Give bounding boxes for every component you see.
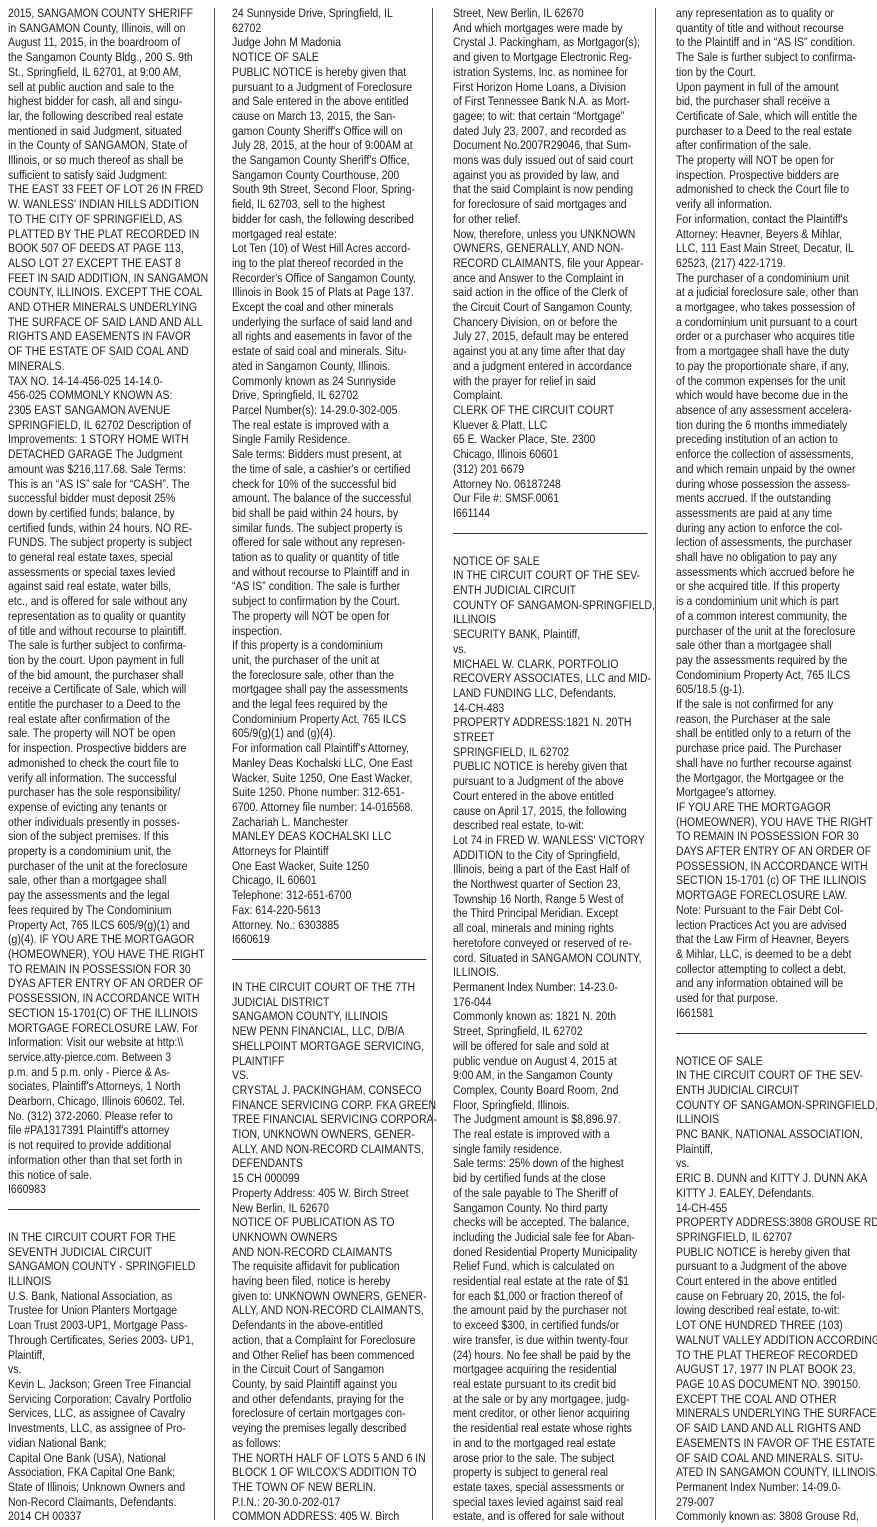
notice-text-line: ILLINOIS bbox=[453, 612, 651, 627]
notice-text-line: during whose possession the assess- bbox=[676, 477, 871, 492]
notice-text-line: (HOMEOWNER), YOU HAVE THE RIGHT bbox=[676, 815, 871, 830]
notice-text-line: against you as provided by law, and bbox=[453, 168, 651, 183]
notice-text-line: to general real estate taxes, special bbox=[8, 550, 204, 565]
notice-text-line: doned Residential Property Municipality bbox=[453, 1245, 651, 1260]
notice-text-line: mortgagee acquiring the residential bbox=[453, 1362, 651, 1377]
notice-text-line: sale other than a mortgagee shall bbox=[676, 638, 871, 653]
notice-text-line: including the Judicial sale fee for Aban… bbox=[453, 1230, 651, 1245]
notice-text-line: MANLEY DEAS KOCHALSKI LLC bbox=[232, 829, 430, 844]
notice-text-line: KITTY J. EALEY, Defendants. bbox=[676, 1186, 871, 1201]
notice-text-line: collector attempting to collect a debt, bbox=[676, 962, 871, 977]
notice-text-line: istration Systems, Inc. as nominee for bbox=[453, 65, 651, 80]
notice-text-line: Commonly known as 24 Sunnyside bbox=[232, 374, 430, 389]
notice-text-line: the residential real estate whose rights bbox=[453, 1421, 651, 1436]
notice-text-line: pursuant to a Judgment of Foreclosure bbox=[232, 80, 430, 95]
notice-text-line: and the legal fees required by the bbox=[232, 697, 430, 712]
notice-text-line: 279-007 bbox=[676, 1495, 871, 1510]
notice-text-line: and a judgment entered in accordance bbox=[453, 359, 651, 374]
notice-text-line: Sale terms: Bidders must present, at bbox=[232, 447, 430, 462]
notice-text-line: Note: Pursuant to the Fair Debt Col- bbox=[676, 903, 871, 918]
notice-text-line: vidian National Bank; bbox=[8, 1436, 204, 1451]
notice-text-line: CLERK OF THE CIRCUIT COURT bbox=[453, 403, 651, 418]
notice-text-line: ENTH JUDICIAL CIRCUIT bbox=[676, 1083, 871, 1098]
notice-text-line: action, that a Complaint for Foreclosure bbox=[232, 1333, 430, 1348]
notice-text-line: the foreclosure sale, other than the bbox=[232, 668, 430, 683]
notice-text-line: ILLINOIS. bbox=[453, 965, 651, 980]
notice-text-line: admonished to check the court file to bbox=[8, 756, 204, 771]
notice-text-line: pursuant to a Judgment of the above bbox=[453, 774, 651, 789]
notice-text-line: For information call Plaintiff's Attorne… bbox=[232, 741, 430, 756]
notice-text-line: sell at public auction and sale to the bbox=[8, 80, 204, 95]
notice-text-line: down by certified funds; balance, by bbox=[8, 506, 204, 521]
notice-text-line: lowing described real estate, to-wit: bbox=[676, 1303, 871, 1318]
notice-text-line: that the Law Firm of Heavner, Beyers bbox=[676, 932, 871, 947]
notice-text-line: NOTICE OF SALE bbox=[232, 50, 430, 65]
notice-text-line: COUNTY OF SANGAMON-SPRINGFIELD, bbox=[453, 598, 651, 613]
notice-text-line: of the sale payable to The Sheriff of bbox=[453, 1186, 651, 1201]
notice-text-line: 2015, SANGAMON COUNTY SHERIFF bbox=[8, 6, 204, 21]
notice-text-line: the Circuit Court of Sangamon County, bbox=[453, 300, 651, 315]
notice-text-line: And which mortgages were made by bbox=[453, 21, 651, 36]
notice-text-line: IN THE CIRCUIT COURT FOR THE bbox=[8, 1230, 204, 1245]
notice-text-line: the Northwest quarter of Section 23, bbox=[453, 877, 651, 892]
notice-text-line: RECOVERY ASSOCIATES, LLC and MID- bbox=[453, 671, 651, 686]
notice-text-line: South 9th Street, Second Floor, Spring- bbox=[232, 182, 430, 197]
notice-text-line: the Sangamon County Sheriff's Office, bbox=[232, 153, 430, 168]
notice-text-line: estate, and is offered for sale without bbox=[453, 1509, 651, 1524]
notice-text-line: Suite 1250. Phone number: 312-651- bbox=[232, 785, 430, 800]
notice-text-line: sociates, Plaintiff's Attorneys, 1 North bbox=[8, 1079, 204, 1094]
notice-text-line: estate of said coal and minerals. Situ- bbox=[232, 344, 430, 359]
notice-text-line: a mortgagee, who takes possession of bbox=[676, 300, 871, 315]
notice-text-line: MINERALS. bbox=[8, 359, 204, 374]
notice-text-line: 65 E. Wacker Place, Ste. 2300 bbox=[453, 432, 651, 447]
notice-text-line: Condominium Property Act, 765 ILCS bbox=[676, 668, 871, 683]
notice-text-line: PAGE 10 AS DOCUMENT NO. 390150. bbox=[676, 1377, 871, 1392]
notice-text-line: P.I.N.: 20-30.0-202-017 bbox=[232, 1495, 430, 1510]
notice-text-line: real estate pursuant to its credit bid bbox=[453, 1377, 651, 1392]
notice-text-line: Judge John M Madonia bbox=[232, 35, 430, 50]
notice-text-line: Permanent Index Number: 14-09.0- bbox=[676, 1480, 871, 1495]
notice-text-line: mortgagee shall pay the assessments bbox=[232, 682, 430, 697]
notice-text-line: subject to confirmation by the Court. bbox=[232, 594, 430, 609]
notice-text-line: WALNUT VALLEY ADDITION ACCORDING bbox=[676, 1333, 871, 1348]
notice-text-line: is not required to provide additional bbox=[8, 1138, 204, 1153]
notice-text-line: Investments, LLC, as assignee of Pro- bbox=[8, 1421, 204, 1436]
legal-notice-block: NOTICE OF SALEIN THE CIRCUIT COURT OF TH… bbox=[453, 554, 651, 1524]
notice-text-line: DYAS AFTER ENTRY OF AN ORDER OF bbox=[8, 976, 204, 991]
notice-text-line: and Other Relief has been commenced bbox=[232, 1348, 430, 1363]
notice-text-line: Attorney: Heavner, Beyers & Mihlar, bbox=[676, 227, 871, 242]
notice-text-line: and Sale entered in the above entitled bbox=[232, 94, 430, 109]
notice-text-line: check for 10% of the successful bid bbox=[232, 477, 430, 492]
notice-text-line: similar funds. The subject property is bbox=[232, 521, 430, 536]
notice-text-line: NOTICE OF SALE bbox=[676, 1054, 871, 1069]
notice-text-line: 176-044 bbox=[453, 995, 651, 1010]
notice-text-line: checks will be accepted. The balance, bbox=[453, 1215, 651, 1230]
notice-text-line: for inspection. Prospective bidders are bbox=[8, 741, 204, 756]
notice-text-line: veying the premises legally described bbox=[232, 1421, 430, 1436]
notice-text-line: Recorder's Office of Sangamon County, bbox=[232, 271, 430, 286]
notice-text-line: representation as to quality or quantity bbox=[8, 609, 204, 624]
notice-text-line: (312) 201 6679 bbox=[453, 462, 651, 477]
notice-text-line: 62523, (217) 422-1719. bbox=[676, 256, 871, 271]
notice-text-line: SEVENTH JUDICIAL CIRCUIT bbox=[8, 1245, 204, 1260]
notice-text-line: mentioned in said Judgment, situated bbox=[8, 124, 204, 139]
notice-text-line: ALLY, AND NON-RECORD CLAIMANTS, bbox=[232, 1303, 430, 1318]
notice-text-line: Parcel Number(s): 14-29.0-302-005 bbox=[232, 403, 430, 418]
column-3: Street, New Berlin, IL 62670And which mo… bbox=[453, 6, 651, 1527]
notice-text-line: tation as to quality or quantity of titl… bbox=[232, 550, 430, 565]
notice-text-line: Lot Ten (10) of West Hill Acres accord- bbox=[232, 241, 430, 256]
notice-text-line: lection of assessments, the purchaser bbox=[676, 535, 871, 550]
notice-text-line: entitle the purchaser to a Deed to the bbox=[8, 697, 204, 712]
notice-text-line: vs. bbox=[8, 1362, 204, 1377]
notice-text-line: Complex, County Board Room, 2nd bbox=[453, 1083, 651, 1098]
notice-text-line: and any information obtained will be bbox=[676, 976, 871, 991]
notice-text-line: tion by the court. Upon payment in full bbox=[8, 653, 204, 668]
notice-text-line: the time of sale, a cashier's or certifi… bbox=[232, 462, 430, 477]
notice-text-line: Plaintiff, bbox=[676, 1142, 871, 1157]
notice-text-line: in the County of SANGAMON, State of bbox=[8, 138, 204, 153]
notice-text-line: COUNTY OF SANGAMON-SPRINGFIELD, bbox=[676, 1098, 871, 1113]
notice-text-line: to the Plaintiff and in “AS IS” conditio… bbox=[676, 35, 871, 50]
notice-text-line: THE SURFACE OF SAID LAND AND ALL bbox=[8, 315, 204, 330]
notice-text-line: PLATTED BY THE PLAT RECORDED IN bbox=[8, 227, 204, 242]
notice-text-line: One East Wacker, Suite 1250 bbox=[232, 859, 430, 874]
notice-text-line: Illinois, or so much thereof as shall be bbox=[8, 153, 204, 168]
notice-text-line: Non-Record Claimants, Defendants. bbox=[8, 1495, 204, 1510]
notice-text-line: amount. The balance of the successful bbox=[232, 491, 430, 506]
notice-text-line: p.m. and 5 p.m. only - Pierce & As- bbox=[8, 1065, 204, 1080]
notice-text-line: TO REMAIN IN POSSESSION FOR 30 bbox=[676, 829, 871, 844]
notice-text-line: Relief Fund, which is calculated on bbox=[453, 1259, 651, 1274]
notice-text-line: sufficient to satisfy said Judgment: bbox=[8, 168, 204, 183]
notice-text-line: ENTH JUDICIAL CIRCUIT bbox=[453, 583, 651, 598]
notice-text-line: Complaint. bbox=[453, 388, 651, 403]
notice-text-line: RECORD CLAIMANTS, file your Appear- bbox=[453, 256, 651, 271]
notice-text-line: expense of evicting any tenants or bbox=[8, 800, 204, 815]
notice-text-line: public vendue on August 4, 2015 at bbox=[453, 1054, 651, 1069]
notice-text-line: bid, the purchaser shall receive a bbox=[676, 94, 871, 109]
notice-text-line: PNC BANK, NATIONAL ASSOCIATION, bbox=[676, 1127, 871, 1142]
notice-text-line: tion by the Court. bbox=[676, 65, 871, 80]
notice-text-line: Floor, Springfield, Illinois. bbox=[453, 1098, 651, 1113]
notice-text-line: pursuant to a Judgment of the above bbox=[676, 1259, 871, 1274]
notice-text-line: The requisite affidavit for publication bbox=[232, 1259, 430, 1274]
notice-text-line: (g)(4). IF YOU ARE THE MORTGAGOR bbox=[8, 932, 204, 947]
notice-text-line: after confirmation of the sale. bbox=[676, 138, 871, 153]
notice-text-line: against you at any time after that day bbox=[453, 344, 651, 359]
notice-text-line: EXCEPT THE COAL AND OTHER bbox=[676, 1392, 871, 1407]
notice-text-line: NEW PENN FINANCIAL, LLC, D/B/A bbox=[232, 1024, 430, 1039]
notice-text-line: other individuals presently in posses- bbox=[8, 815, 204, 830]
notice-text-line: FINANCE SERVICING CORP. FKA GREEN bbox=[232, 1098, 430, 1113]
notice-text-line: Dearborn, Chicago, Illinois 60602. Tel. bbox=[8, 1094, 204, 1109]
notice-text-line: as follows: bbox=[232, 1436, 430, 1451]
notice-text-line: SPRINGFIELD, IL 62702 bbox=[453, 745, 651, 760]
notice-text-line: purchaser of the unit at the foreclosure bbox=[8, 859, 204, 874]
notice-text-line: State of Illinois; Unknown Owners and bbox=[8, 1480, 204, 1495]
notice-text-line: I661144 bbox=[453, 506, 651, 521]
notice-text-line: underlying the surface of said land and bbox=[232, 315, 430, 330]
notice-text-line: fees required by The Condominium bbox=[8, 903, 204, 918]
notice-text-line: Certificate of Sale, which will entitle … bbox=[676, 109, 871, 124]
notice-text-line: residential real estate at the rate of $… bbox=[453, 1274, 651, 1289]
notice-text-line: PROPERTY ADDRESS:1821 N. 20TH bbox=[453, 715, 651, 730]
notice-text-line: DETACHED GARAGE The Judgment bbox=[8, 447, 204, 462]
legal-notice-block: Street, New Berlin, IL 62670And which mo… bbox=[453, 6, 651, 521]
notice-text-line: in SANGAMON County, Illinois, will on bbox=[8, 21, 204, 36]
notice-text-line: The property will NOT be open for bbox=[232, 609, 430, 624]
notice-text-line: Plaintiff, bbox=[8, 1348, 204, 1363]
notice-text-line: August 11, 2015, in the boardroom of bbox=[8, 35, 204, 50]
notice-text-line: used for that purpose. bbox=[676, 991, 871, 1006]
legal-notice-block: IN THE CIRCUIT COURT FOR THESEVENTH JUDI… bbox=[8, 1230, 204, 1524]
notice-text-line: and which remain unpaid by the owner bbox=[676, 462, 871, 477]
notice-text-line: Trustee for Union Planters Mortgage bbox=[8, 1303, 204, 1318]
notice-text-line: of a common interest community, the bbox=[676, 609, 871, 624]
notice-text-line: Lot 74 in FRED W. WANLESS' VICTORY bbox=[453, 833, 651, 848]
notice-text-line: THE NORTH HALF OF LOTS 5 AND 6 IN bbox=[232, 1451, 430, 1466]
notice-text-line: preceding institution of an action to bbox=[676, 432, 871, 447]
notice-text-line: any representation as to quality or bbox=[676, 6, 871, 21]
notice-text-line: absence of any assessment accelera- bbox=[676, 403, 871, 418]
notice-text-line: No. (312) 372-2060. Please refer to bbox=[8, 1109, 204, 1124]
notice-text-line: arose prior to the sale. The subject bbox=[453, 1451, 651, 1466]
notice-text-line: for foreclosure of said mortgages and bbox=[453, 197, 651, 212]
notice-text-line: SECTION 15-1701(C) OF THE ILLINOIS bbox=[8, 1006, 204, 1021]
notice-text-line: IF YOU ARE THE MORTGAGOR bbox=[676, 800, 871, 815]
legal-notices-page: 2015, SANGAMON COUNTY SHERIFFin SANGAMON… bbox=[0, 0, 877, 1527]
notice-text-line: pay the assessments and the legal bbox=[8, 888, 204, 903]
notice-text-line: 2014 CH 00337 bbox=[8, 1509, 204, 1524]
notice-text-line: ance and Answer to the Complaint in bbox=[453, 271, 651, 286]
notice-text-line: the Mortgagor, the Mortgagee or the bbox=[676, 771, 871, 786]
notice-text-line: Improvements: 1 STORY HOME WITH bbox=[8, 432, 204, 447]
notice-text-line: Kluever & Platt, LLC bbox=[453, 418, 651, 433]
notice-separator bbox=[676, 1033, 867, 1034]
notice-text-line: purchase price paid. The Purchaser bbox=[676, 741, 871, 756]
notice-text-line: admonished to check the Court file to bbox=[676, 182, 871, 197]
notice-text-line: LAND FUNDING LLC, Defendants. bbox=[453, 686, 651, 701]
notice-text-line: Document No.2007R29046, that Sum- bbox=[453, 138, 651, 153]
notice-text-line: NOTICE OF SALE bbox=[453, 554, 651, 569]
notice-text-line: Commonly known as: 3808 Grouse Rd, bbox=[676, 1509, 871, 1524]
notice-text-line: cause on March 13, 2015, the San- bbox=[232, 109, 430, 124]
notice-text-line: New Berlin, IL 62670 bbox=[232, 1201, 430, 1216]
column-2: 24 Sunnyside Drive, Springfield, IL62702… bbox=[232, 6, 430, 1527]
notice-text-line: 24 Sunnyside Drive, Springfield, IL bbox=[232, 6, 430, 21]
notice-text-line: OF SAID COAL AND MINERALS. SITU- bbox=[676, 1451, 871, 1466]
notice-text-line: vs. bbox=[676, 1156, 871, 1171]
notice-text-line: given to: UNKNOWN OWNERS, GENER- bbox=[232, 1289, 430, 1304]
notice-text-line: (HOMEOWNER), YOU HAVE THE RIGHT bbox=[8, 947, 204, 962]
notice-text-line: unit, the purchaser of the unit at bbox=[232, 653, 430, 668]
notice-text-line: ment creditor, or other lienor acquiring bbox=[453, 1406, 651, 1421]
notice-text-line: IN THE CIRCUIT COURT OF THE SEV- bbox=[676, 1068, 871, 1083]
notice-text-line: Attorneys for Plaintiff bbox=[232, 844, 430, 859]
notice-text-line: Zachariah L. Manchester bbox=[232, 815, 430, 830]
notice-text-line: enforce the collection of assessments, bbox=[676, 447, 871, 462]
notice-text-line: July 27, 2015, default may be entered bbox=[453, 329, 651, 344]
notice-text-line: VS. bbox=[232, 1068, 430, 1083]
notice-text-line: County, by said Plaintiff against you bbox=[232, 1377, 430, 1392]
notice-text-line: the Third Principal Meridian. Except bbox=[453, 906, 651, 921]
notice-text-line: St., Springfield, IL 62701, at 9:00 AM, bbox=[8, 65, 204, 80]
notice-text-line: cause on February 20, 2015, the fol- bbox=[676, 1289, 871, 1304]
notice-text-line: inspection. bbox=[232, 624, 430, 639]
notice-text-line: service.atty-pierce.com. Between 3 bbox=[8, 1050, 204, 1065]
notice-text-line: and given to Mortgage Electronic Reg- bbox=[453, 50, 651, 65]
notice-text-line: STREET bbox=[453, 730, 651, 745]
notice-text-line: & Mihlar, LLC, is deemed to be a debt bbox=[676, 947, 871, 962]
notice-text-line: SPRINGFIELD, IL 62707 bbox=[676, 1230, 871, 1245]
notice-text-line: AUGUST 17, 1977 IN PLAT BOOK 23, bbox=[676, 1362, 871, 1377]
notice-text-line: ATED IN SANGAMON COUNTY, ILLINOIS. bbox=[676, 1465, 871, 1480]
notice-text-line: Upon payment in full of the amount bbox=[676, 80, 871, 95]
notice-text-line: Attorney. No.: 6303885 bbox=[232, 918, 430, 933]
notice-text-line: Association, FKA Capital One Bank; bbox=[8, 1465, 204, 1480]
notice-text-line: The property will NOT be open for bbox=[676, 153, 871, 168]
notice-text-line: Illinois, being a part of the East Half … bbox=[453, 862, 651, 877]
notice-text-line: Now, therefore, unless you UNKNOWN bbox=[453, 227, 651, 242]
notice-text-line: assessments are paid at any time bbox=[676, 506, 871, 521]
notice-text-line: gamon County Sheriff's Office will on bbox=[232, 124, 430, 139]
notice-text-line: Sale terms: 25% down of the highest bbox=[453, 1156, 651, 1171]
notice-text-line: Mortgagee's attorney. bbox=[676, 785, 871, 800]
notice-text-line: 605/18.5 (g-1). bbox=[676, 682, 871, 697]
column-divider bbox=[655, 8, 656, 1520]
notice-text-line: single family residence. bbox=[453, 1142, 651, 1157]
notice-text-line: estate taxes, special assessments or bbox=[453, 1480, 651, 1495]
notice-text-line: Court entered in the above entitled bbox=[676, 1274, 871, 1289]
notice-text-line: purchaser to a Deed to the real estate bbox=[676, 124, 871, 139]
notice-text-line: from a mortgagee shall have the duty bbox=[676, 344, 871, 359]
notice-text-line: MINERALS UNDERLYING THE SURFACE bbox=[676, 1406, 871, 1421]
notice-text-line: This is an “AS IS” sale for “CASH”. The bbox=[8, 477, 204, 492]
notice-text-line: order or a purchaser who acquires title bbox=[676, 329, 871, 344]
notice-text-line: 456-025 COMMONLY KNOWN AS: bbox=[8, 388, 204, 403]
notice-text-line: Loan Trust 2003-UP1, Mortgage Pass- bbox=[8, 1318, 204, 1333]
notice-text-line: OWNERS, GENERALLY, AND NON- bbox=[453, 241, 651, 256]
notice-text-line: Court entered in the above entitled bbox=[453, 789, 651, 804]
notice-text-line: Sangamon County Courthouse, 200 bbox=[232, 168, 430, 183]
notice-text-line: IN THE CIRCUIT COURT OF THE 7TH bbox=[232, 980, 430, 995]
notice-text-line: Wacker, Suite 1250, One East Wacker, bbox=[232, 771, 430, 786]
notice-text-line: “AS IS” condition. The sale is further bbox=[232, 579, 430, 594]
notice-text-line: LOT ONE HUNDRED THREE (103) bbox=[676, 1318, 871, 1333]
notice-text-line: verify all information. The successful bbox=[8, 771, 204, 786]
notice-text-line: ALSO LOT 27 EXCEPT THE EAST 8 bbox=[8, 256, 204, 271]
notice-text-line: THE EAST 33 FEET OF LOT 26 IN FRED bbox=[8, 182, 204, 197]
notice-text-line: at a judicial foreclosure sale, other th… bbox=[676, 285, 871, 300]
notice-text-line: THE TOWN OF NEW BERLIN. bbox=[232, 1480, 430, 1495]
notice-text-line: SECTION 15-1701 (c) OF THE ILLINOIS bbox=[676, 873, 871, 888]
notice-text-line: MORTGAGE FORECLOSURE LAW. bbox=[676, 888, 871, 903]
notice-text-line: mons was duly issued out of said court bbox=[453, 153, 651, 168]
notice-text-line: tion during the 6 months immediately bbox=[676, 418, 871, 433]
notice-text-line: lection Practices Act you are advised bbox=[676, 918, 871, 933]
legal-notice-block: 24 Sunnyside Drive, Springfield, IL62702… bbox=[232, 6, 430, 947]
notice-text-line: quantity of title and without recourse bbox=[676, 21, 871, 36]
notice-text-line: LLC, 111 East Main Street, Decatur, IL bbox=[676, 241, 871, 256]
notice-text-line: to pay the proportionate share, if any, bbox=[676, 359, 871, 374]
notice-text-line: TREE FINANCIAL SERVICING CORPORA- bbox=[232, 1112, 430, 1127]
notice-text-line: OF SAID LAND AND ALL RIGHTS AND bbox=[676, 1421, 871, 1436]
notice-text-line: 6700. Attorney file number: 14-016568. bbox=[232, 800, 430, 815]
notice-text-line: gagee; to wit: that certain “Mortgage” bbox=[453, 109, 651, 124]
notice-text-line: that the said Complaint is now pending bbox=[453, 182, 651, 197]
notice-text-line: The real estate is improved with a bbox=[453, 1127, 651, 1142]
notice-text-line: TAX NO. 14-14-456-025 14-14.0- bbox=[8, 374, 204, 389]
notice-text-line: If this property is a condominium bbox=[232, 638, 430, 653]
notice-text-line: MICHAEL W. CLARK, PORTFOLIO bbox=[453, 657, 651, 672]
notice-text-line: BLOCK 1 OF WILCOX'S ADDITION TO bbox=[232, 1465, 430, 1480]
notice-text-line: CRYSTAL J. PACKINGHAM, CONSECO bbox=[232, 1083, 430, 1098]
notice-text-line: U.S. Bank, National Association, as bbox=[8, 1289, 204, 1304]
notice-text-line: Illinois in Book 15 of Plats at Page 137… bbox=[232, 285, 430, 300]
notice-separator bbox=[8, 1209, 200, 1210]
notice-text-line: and other defendants, praying for the bbox=[232, 1392, 430, 1407]
notice-text-line: Sangamon County. No third party bbox=[453, 1201, 651, 1216]
notice-text-line: inspection. Prospective bidders are bbox=[676, 168, 871, 183]
notice-text-line: sale, other than a mortgagee shall bbox=[8, 873, 204, 888]
notice-text-line: ADDITION to the City of Springfield, bbox=[453, 848, 651, 863]
notice-text-line: pay the assessments required by the bbox=[676, 653, 871, 668]
notice-text-line: with the prayer for relief in said bbox=[453, 374, 651, 389]
notice-text-line: bid shall be paid within 24 hours, by bbox=[232, 506, 430, 521]
notice-text-line: Street, New Berlin, IL 62670 bbox=[453, 6, 651, 21]
notice-text-line: bid by certified funds at the close bbox=[453, 1171, 651, 1186]
notice-text-line: against said real estate, water bills, bbox=[8, 579, 204, 594]
notice-text-line: ILLINOIS bbox=[676, 1112, 871, 1127]
notice-text-line: a condominium unit pursuant to a court bbox=[676, 315, 871, 330]
notice-separator bbox=[232, 959, 426, 960]
notice-text-line: of the bid amount, the purchaser shall bbox=[8, 668, 204, 683]
notice-text-line: in the Circuit Court of Sangamon bbox=[232, 1362, 430, 1377]
notice-text-line: If the sale is not confirmed for any bbox=[676, 697, 871, 712]
notice-text-line: assessments or special taxes levied bbox=[8, 565, 204, 580]
notice-text-line: to exceed $300, in certified funds/or bbox=[453, 1318, 651, 1333]
notice-text-line: cord. Situated in SANGAMON COUNTY, bbox=[453, 951, 651, 966]
notice-text-line: certified funds, within 24 hours. NO RE- bbox=[8, 521, 204, 536]
notice-text-line: ILLINOIS bbox=[8, 1274, 204, 1289]
legal-notice-block: 2015, SANGAMON COUNTY SHERIFFin SANGAMON… bbox=[8, 6, 204, 1197]
notice-text-line: amount was $216,117.68. Sale Terms: bbox=[8, 462, 204, 477]
notice-text-line: ALLY, AND NON-RECORD CLAIMANTS, bbox=[232, 1142, 430, 1157]
notice-text-line: the Sangamon County Bldg., 200 S. 9th bbox=[8, 50, 204, 65]
notice-text-line: bidder for cash, the following described bbox=[232, 212, 430, 227]
notice-text-line: BOOK 507 OF DEEDS AT PAGE 113, bbox=[8, 241, 204, 256]
notice-text-line: ated in Sangamon County, Illinois. bbox=[232, 359, 430, 374]
notice-text-line: heretofore conveyed or reserved of re- bbox=[453, 936, 651, 951]
notice-text-line: I660983 bbox=[8, 1182, 204, 1197]
notice-text-line: For information, contact the Plaintiff's bbox=[676, 212, 871, 227]
notice-text-line: ERIC B. DUNN and KITTY J. DUNN AKA bbox=[676, 1171, 871, 1186]
notice-text-line: Property Address: 405 W. Birch Street bbox=[232, 1186, 430, 1201]
notice-text-line: Telephone: 312-651-6700 bbox=[232, 888, 430, 903]
notice-text-line: AND NON-RECORD CLAIMANTS bbox=[232, 1245, 430, 1260]
notice-text-line: dated July 23, 2007, and recorded as bbox=[453, 124, 651, 139]
column-1: 2015, SANGAMON COUNTY SHERIFFin SANGAMON… bbox=[8, 6, 204, 1527]
notice-text-line: having been filed, notice is hereby bbox=[232, 1274, 430, 1289]
notice-text-line: special taxes levied against said real bbox=[453, 1495, 651, 1510]
notice-text-line: DEFENDANTS bbox=[232, 1156, 430, 1171]
notice-text-line: Our File #: SMSF.0061 bbox=[453, 491, 651, 506]
notice-text-line: MORTGAGE FORECLOSURE LAW. For bbox=[8, 1021, 204, 1036]
notice-text-line: RIGHTS AND EASEMENTS IN FAVOR bbox=[8, 329, 204, 344]
